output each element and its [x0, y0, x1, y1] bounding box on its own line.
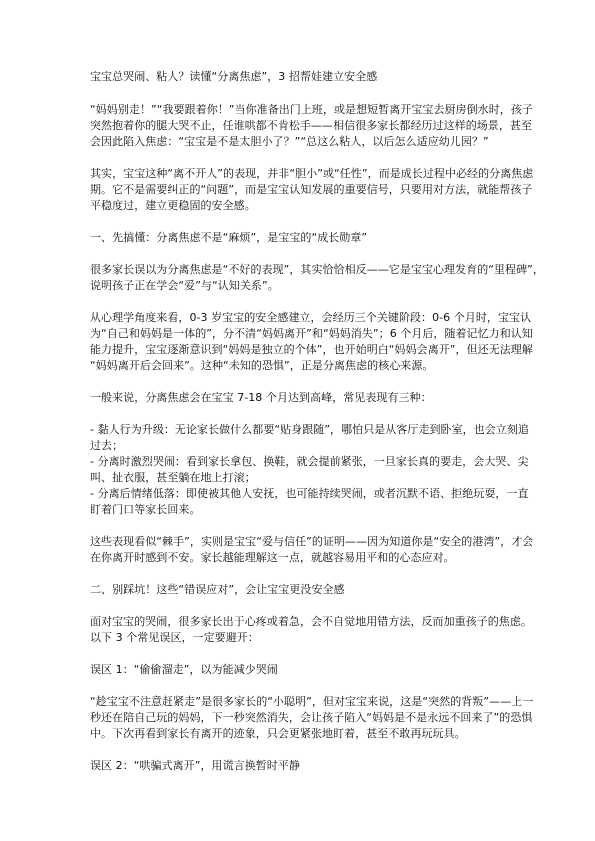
paragraph-line: 说明孩子正在学会“爱”与“认知关系”。: [90, 279, 279, 293]
paragraph-line: “妈妈别走！”“我要跟着你！”当你准备出门上班，或是想短暂离开宝宝去厨房倒水时，…: [90, 103, 533, 117]
paragraph-line: 秒还在陪自己玩的妈妈，下一秒突然消失，会让孩子陷入“妈妈是不是永远不回来了”的恐…: [90, 711, 532, 725]
paragraph-line: “趁宝宝不注意赶紧走”是很多家长的“小聪明”，但对宝宝来说，这是“突然的背叛”—…: [90, 695, 533, 709]
paragraph-line: 中。下次再看到家长有离开的迹象，只会更紧张地盯着，甚至不敢再玩玩具。: [90, 727, 466, 741]
list-item-line: - 分离后情绪低落：即使被其他人安抚，也可能持续哭闹，或者沉默不语、拒绝玩耍，一…: [90, 487, 529, 501]
paragraph-line: 其实，宝宝这种“离不开人”的表现，并非“胆小”或“任性”，而是成长过程中必经的分…: [90, 167, 533, 181]
list-item-line: 过去；: [90, 439, 123, 453]
section-heading: 二、别踩坑！这些“错误应对”，会让宝宝更没安全感: [90, 583, 345, 597]
paragraph-line: 从心理学角度来看，0-3 岁宝宝的安全感建立，会经历三个关键阶段：0-6 个月时…: [90, 311, 531, 325]
paragraph-line: 突然抱着你的腿大哭不止，任谁哄都不肯松手——相信很多家长都经历过这样的场景，甚至: [90, 119, 532, 133]
paragraph-line: 在你离开时感到不安。家长越能理解这一点，就越容易用平和的心态应对。: [90, 551, 455, 565]
subsection-heading: 误区 1：“偷偷溜走”，以为能减少哭闹: [90, 663, 278, 677]
subsection-heading: 误区 2：“哄骗式离开”，用谎言换暂时平静: [90, 759, 300, 773]
paragraph-line: 平稳度过，建立更稳固的安全感。: [90, 199, 256, 213]
paragraph-line: 期。它不是需要纠正的“问题”，而是宝宝认知发展的重要信号，只要用对方法，就能帮孩…: [90, 183, 532, 197]
paragraph-line: 为“自己和妈妈是一体的”，分不清“妈妈离开”和“妈妈消失”；6 个月后，随着记忆…: [90, 327, 533, 341]
list-item-line: 叫、扯衣服，甚至躺在地上打滚；: [90, 471, 256, 485]
section-heading: 一、先搞懂：分离焦虑不是“麻烦”，是宝宝的“成长勋章”: [90, 231, 367, 245]
paragraph-line: 会因此陷入焦虑：“宝宝是不是太胆小了？”“总这么粘人，以后怎么适应幼儿园？”: [90, 135, 489, 149]
paragraph-line: “妈妈离开后会回来”。这种“未知的恐惧”，正是分离焦虑的核心来源。: [90, 359, 433, 373]
paragraph-line: 以下 3 个常见误区，一定要避开：: [90, 631, 259, 645]
list-item-line: 盯着门口等家长回来。: [90, 503, 201, 517]
paragraph-line: 能力提升，宝宝逐渐意识到“妈妈是独立的个体”，也开始明白“妈妈会离开”，但还无法…: [90, 343, 533, 357]
list-item-line: - 分离时激烈哭闹：看到家长拿包、换鞋，就会提前紧张，一旦家长真的要走，会大哭、…: [90, 455, 529, 469]
paragraph-line: 很多家长误以为分离焦虑是“不好的表现”，其实恰恰相反——它是宝宝心理发育的“里程…: [90, 263, 544, 277]
list-item-line: - 黏人行为升级：无论家长做什么都要“贴身跟随”，哪怕只是从客厅走到卧室，也会立…: [90, 423, 529, 437]
paragraph-line: 这些表现看似“棘手”，实则是宝宝“爱与信任”的证明——因为知道你是“安全的港湾”…: [90, 535, 533, 549]
paragraph-line: 面对宝宝的哭闹，很多家长出于心疼或着急，会不自觉地用错方法，反而加重孩子的焦虑。: [90, 615, 532, 629]
document-title: 宝宝总哭闹、粘人？读懂“分离焦虑”，3 招帮娃建立安全感: [90, 70, 377, 84]
paragraph-line: 一般来说，分离焦虑会在宝宝 7-18 个月达到高峰，常见表现有三种：: [90, 391, 432, 405]
